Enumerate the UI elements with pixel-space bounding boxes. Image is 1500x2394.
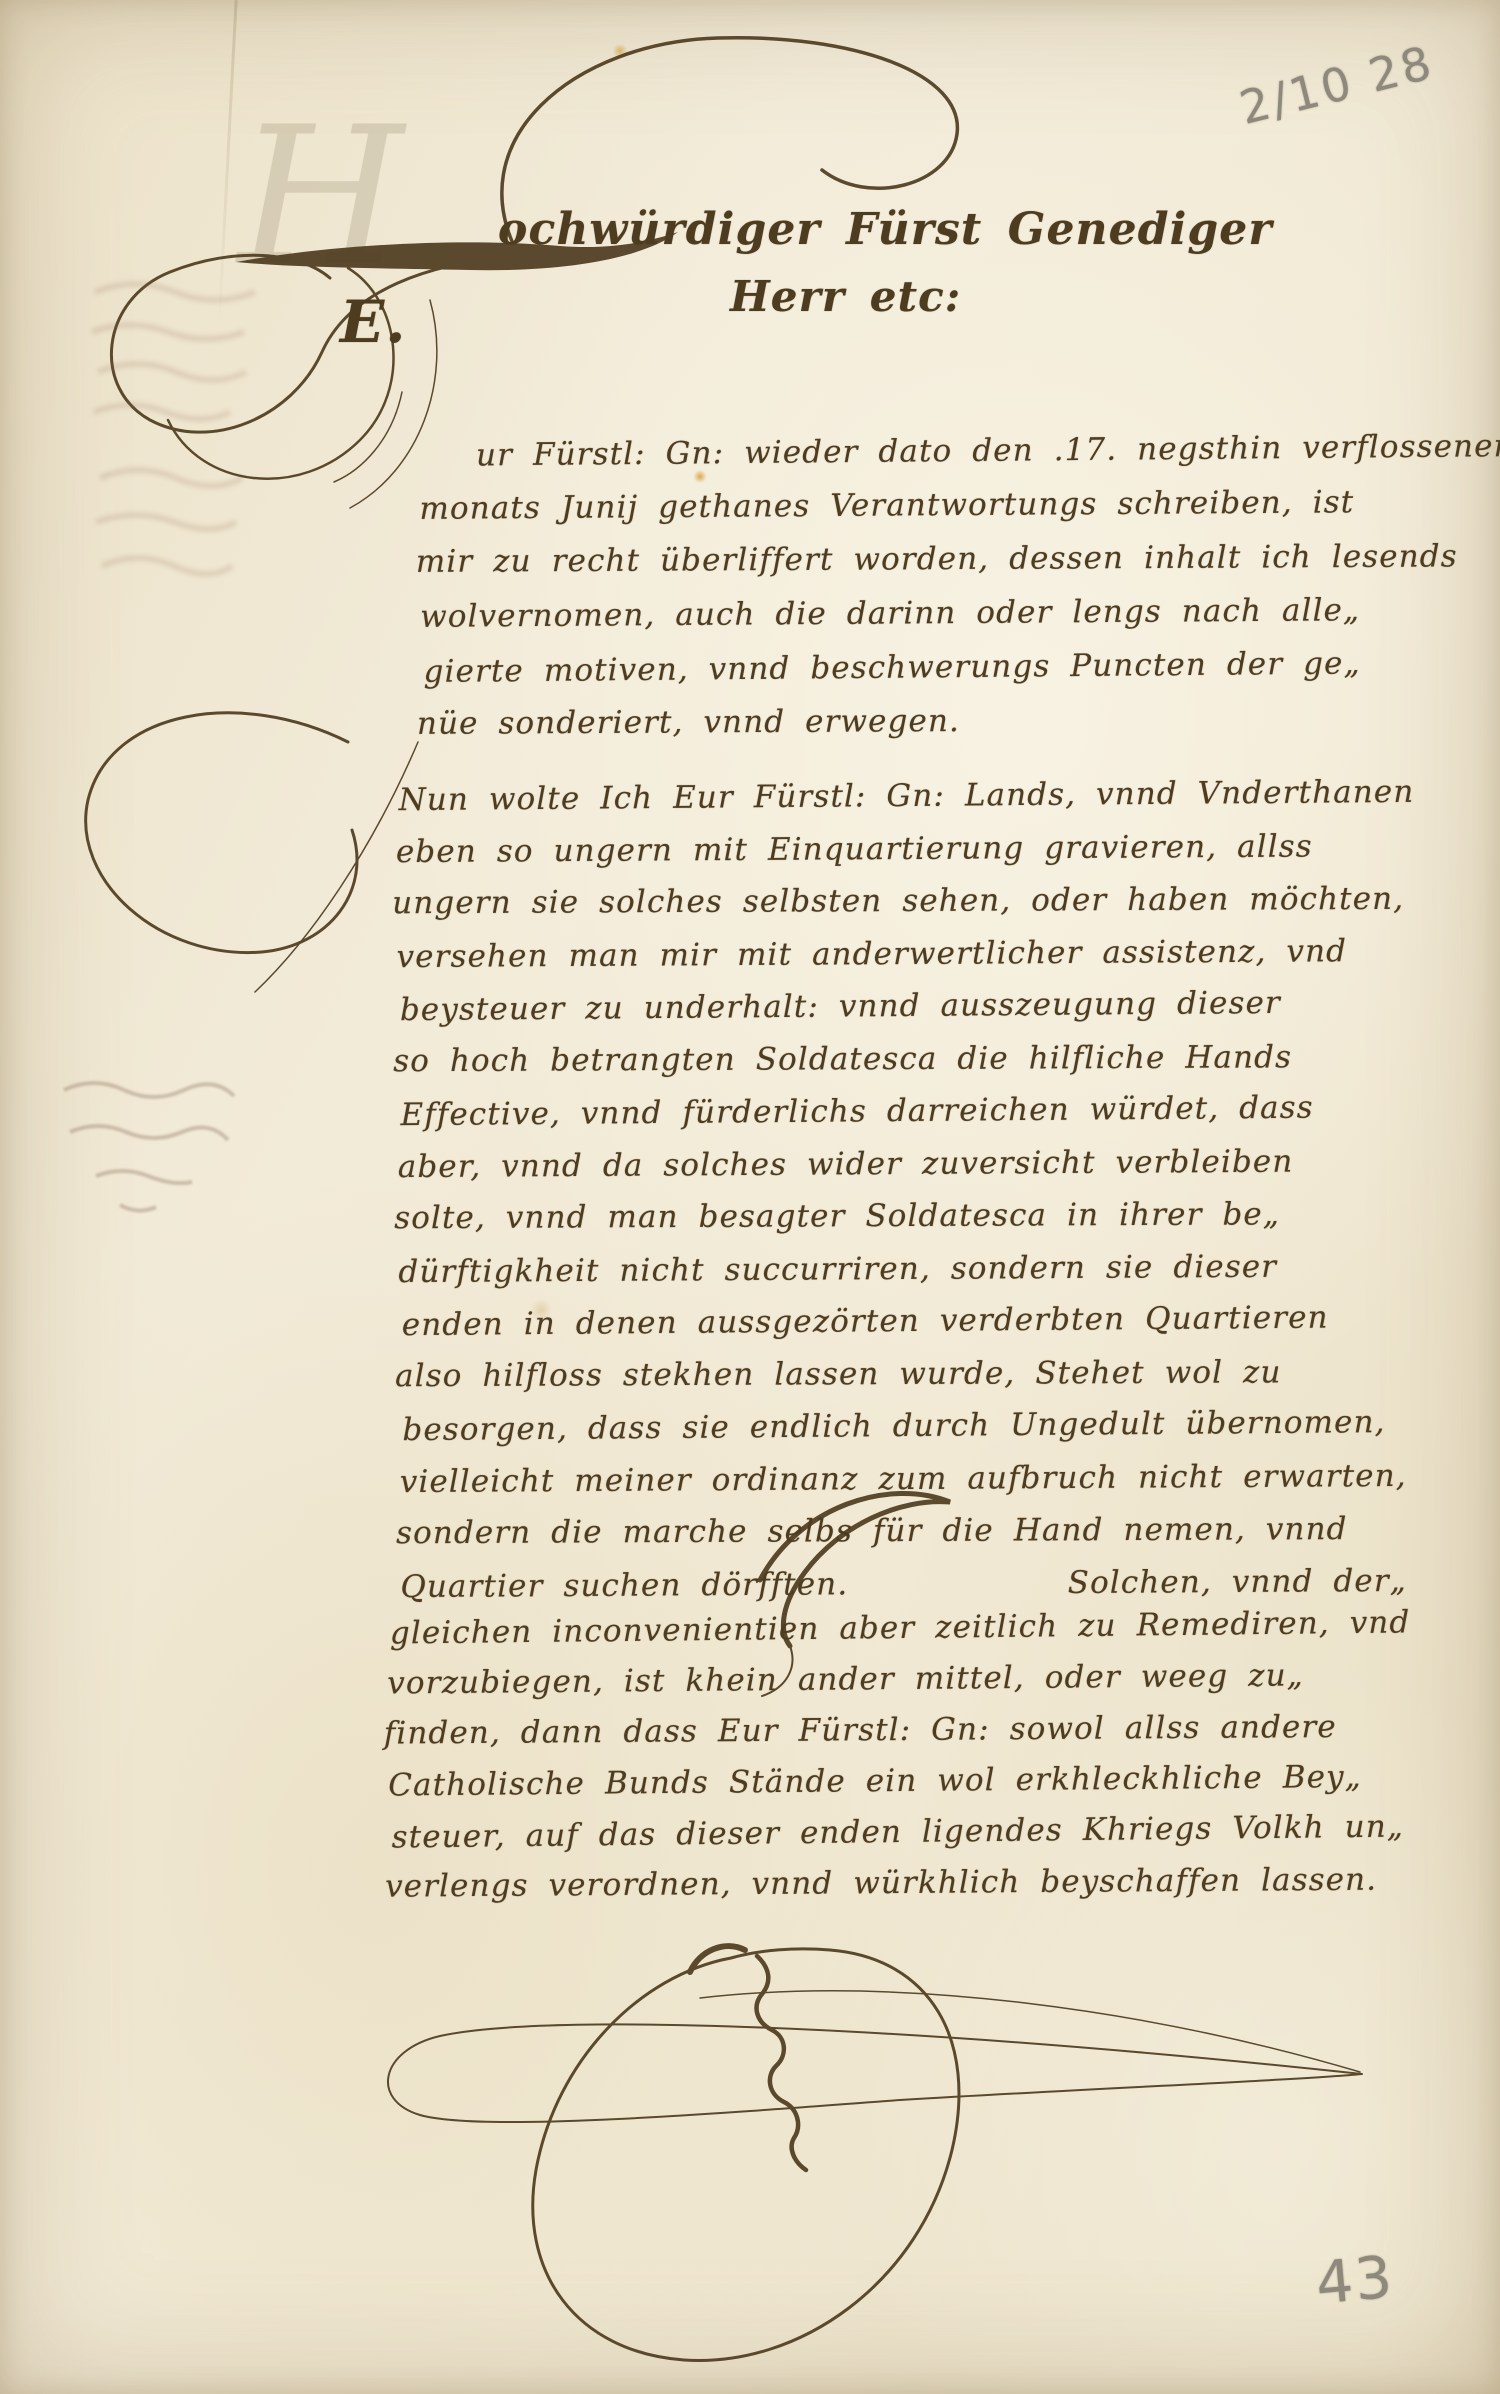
- manuscript-line: vielleicht meiner ordinanz zum aufbruch …: [400, 1449, 1416, 1508]
- manuscript-line: so hoch betrangten Soldatesca die hilfli…: [393, 1030, 1409, 1087]
- manuscript-line: beysteuer zu underhalt: vnnd ausszeugung…: [400, 976, 1416, 1037]
- bleedthrough-marks: [92, 284, 255, 574]
- calligraphic-initial-H: H: [238, 86, 405, 307]
- manuscript-line: gierte motiven, vnnd beschwerungs Puncte…: [423, 635, 1500, 699]
- manuscript-line: solte, vnnd man besagter Soldatesca in i…: [394, 1188, 1410, 1245]
- pencil-archive-note: 2/10 28: [1234, 35, 1439, 135]
- manuscript-line: ungern sie solches selbsten sehen, oder …: [392, 873, 1408, 930]
- manuscript-line: mir zu recht überliffert worden, dessen …: [416, 529, 1500, 589]
- manuscript-line: besorgen, dass sie endlich durch Ungedul…: [402, 1396, 1418, 1457]
- manuscript-line: enden in denen aussgezörten verderbten Q…: [402, 1291, 1418, 1352]
- manuscript-line: ur Fürstl: Gn: wieder dato den .17. negs…: [422, 419, 1500, 483]
- heading-line-1: ochwürdiger Fürst Genediger: [498, 204, 1273, 255]
- manuscript-line: versehen man mir mit anderwertlicher ass…: [396, 924, 1412, 983]
- paper-stain: [612, 44, 628, 58]
- manuscript-line: finden, dann dass Eur Fürstl: Gn: sowol …: [384, 1701, 1405, 1759]
- paragraph-2: Nun wolte Ich Eur Fürstl: Gn: Lands, vnn…: [395, 767, 1416, 1613]
- manuscript-line: vorzubiegen, ist khein ander mittel, ode…: [387, 1650, 1408, 1710]
- paper-crease: [217, 0, 237, 330]
- manuscript-line: Effective, vnnd fürderlichs darreichen w…: [400, 1081, 1416, 1142]
- marginal-ghost-note: [64, 1083, 234, 1211]
- manuscript-page: 2/10 28 43 H ochwürdiger Fürst Genediger…: [0, 0, 1500, 2394]
- manuscript-line: aber, vnnd da solches wider zuversicht v…: [398, 1134, 1414, 1193]
- paragraph-3: gleichen inconvenientien aber zeitlich z…: [387, 1599, 1410, 1914]
- paragraph-1: ur Fürstl: Gn: wieder dato den .17. negs…: [419, 420, 1500, 752]
- manuscript-line: dürftigkheit nicht succurriren, sondern …: [398, 1239, 1414, 1298]
- manuscript-line: sondern die marche selbs für die Hand ne…: [396, 1503, 1412, 1560]
- manuscript-line: wolvernomen, auch die darinn oder lengs …: [420, 582, 1500, 644]
- heading-line-2: Herr etc:: [730, 272, 961, 321]
- opening-initial-flourish: [334, 392, 402, 482]
- manuscript-line: Nun wolte Ich Eur Fürstl: Gn: Lands, vnn…: [398, 766, 1414, 827]
- signature-paraph-flourish: [388, 1946, 1362, 2360]
- manuscript-line: eben so ungern mit Einquartierung gravie…: [396, 819, 1412, 878]
- opening-initial-E: E.: [340, 288, 407, 356]
- pencil-folio-number: 43: [1313, 2243, 1396, 2318]
- left-margin-oval-flourish: [86, 713, 418, 992]
- manuscript-line: verlengs verordnen, vnnd würkhlich beysc…: [385, 1854, 1406, 1912]
- manuscript-line: also hilfloss stekhen lassen wurde, Steh…: [395, 1345, 1411, 1402]
- manuscript-line: steuer, auf das dieser enden ligendes Kh…: [391, 1801, 1412, 1863]
- manuscript-line: monats Junij gethanes Verantwortungs sch…: [419, 474, 1500, 536]
- manuscript-line: nüe sonderiert, vnnd erwegen.: [417, 691, 1500, 751]
